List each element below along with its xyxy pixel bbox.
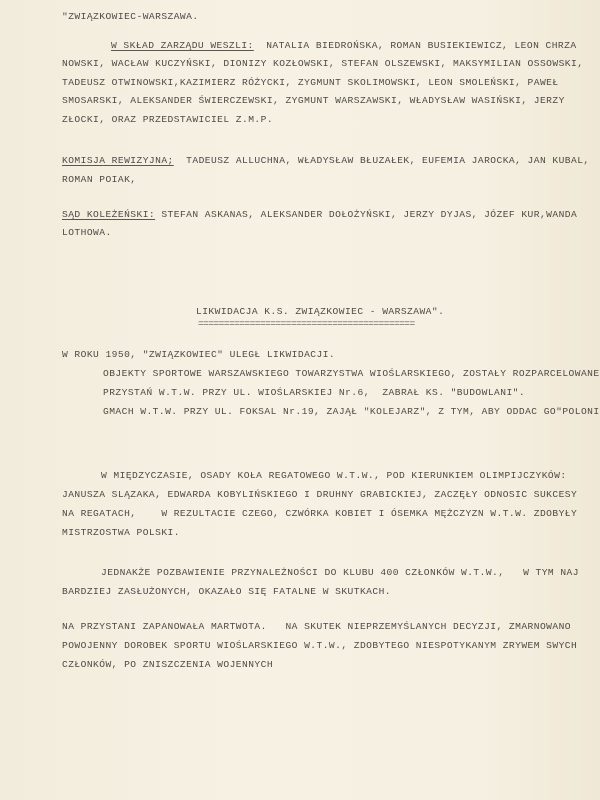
audit-line-2: ROMAN POIAK, <box>62 174 137 186</box>
para1-line-1: W ROKU 1950, "ZWIĄZKOWIEC" ULEGŁ LIKWIDA… <box>62 349 335 361</box>
para4-line-3: CZŁONKÓW, PO ZNISZCZENIA WOJENNYCH <box>62 659 273 671</box>
para1-line-4: GMACH W.T.W. PRZY UL. FOKSAL Nr.19, ZAJĄ… <box>103 406 600 418</box>
section-title-rule: ========================================… <box>198 320 415 328</box>
para2-line-1: W MIĘDZYCZASIE, OSADY KOŁA REGATOWEGO W.… <box>101 470 567 482</box>
board-line-5: ZŁOCKI, ORAZ PRZEDSTAWICIEL Z.M.P. <box>62 114 273 126</box>
board-line-4: SMOSARSKI, ALEKSANDER ŚWIERCZEWSKI, ZYGM… <box>62 95 565 107</box>
audit-names-1: TADEUSZ ALLUCHNA, WŁADYSŁAW BŁUZAŁEK, EU… <box>186 155 589 166</box>
board-line-1: W SKŁAD ZARZĄDU WESZLI: NATALIA BIEDROŃS… <box>111 40 577 52</box>
para4-line-1: NA PRZYSTANI ZAPANOWAŁA MARTWOTA. NA SKU… <box>62 621 571 633</box>
court-line-1: SĄD KOLEŻEŃSKI: STEFAN ASKANAS, ALEKSAND… <box>62 209 577 221</box>
board-line-2: NOWSKI, WACŁAW KUCZYŃSKI, DIONIZY KOZŁOW… <box>62 58 583 70</box>
para2-line-3: NA REGATACH, W REZULTACIE CZEGO, CZWÓRKA… <box>62 508 577 520</box>
audit-label: KOMISJA REWIZYJNA; <box>62 155 174 166</box>
header-line: "ZWIĄZKOWIEC-WARSZAWA. <box>62 11 199 23</box>
typewritten-page: "ZWIĄZKOWIEC-WARSZAWA. W SKŁAD ZARZĄDU W… <box>0 0 600 800</box>
court-names-1: STEFAN ASKANAS, ALEKSANDER DOŁOŻYŃSKI, J… <box>161 209 577 220</box>
para4-line-2: POWOJENNY DOROBEK SPORTU WIOŚLARSKIEGO W… <box>62 640 577 652</box>
para1-line-2: OBJEKTY SPORTOWE WARSZAWSKIEGO TOWARZYST… <box>103 368 600 380</box>
court-label: SĄD KOLEŻEŃSKI: <box>62 209 155 220</box>
audit-line-1: KOMISJA REWIZYJNA; TADEUSZ ALLUCHNA, WŁA… <box>62 155 590 167</box>
para3-line-1: JEDNAKŻE POZBAWIENIE PRZYNALEŻNOŚCI DO K… <box>101 567 579 579</box>
board-label: W SKŁAD ZARZĄDU WESZLI: <box>111 40 254 51</box>
para2-line-2: JANUSZA SLĄZAKA, EDWARDA KOBYLIŃSKIEGO I… <box>62 489 577 501</box>
section-title: LIKWIDACJA K.S. ZWIĄZKOWIEC - WARSZAWA". <box>196 306 444 318</box>
board-names-1: NATALIA BIEDROŃSKA, ROMAN BUSIEKIEWICZ, … <box>266 40 576 51</box>
para1-line-3: PRZYSTAŃ W.T.W. PRZY UL. WIOŚLARSKIEJ Nr… <box>103 387 525 399</box>
court-line-2: LOTHOWA. <box>62 227 112 239</box>
board-line-3: TADEUSZ OTWINOWSKI,KAZIMIERZ RÓŻYCKI, ZY… <box>62 77 559 89</box>
para3-line-2: BARDZIEJ ZASŁUŻONYCH, OKAZAŁO SIĘ FATALN… <box>62 586 391 598</box>
para2-line-4: MISTRZOSTWA POLSKI. <box>62 527 180 539</box>
